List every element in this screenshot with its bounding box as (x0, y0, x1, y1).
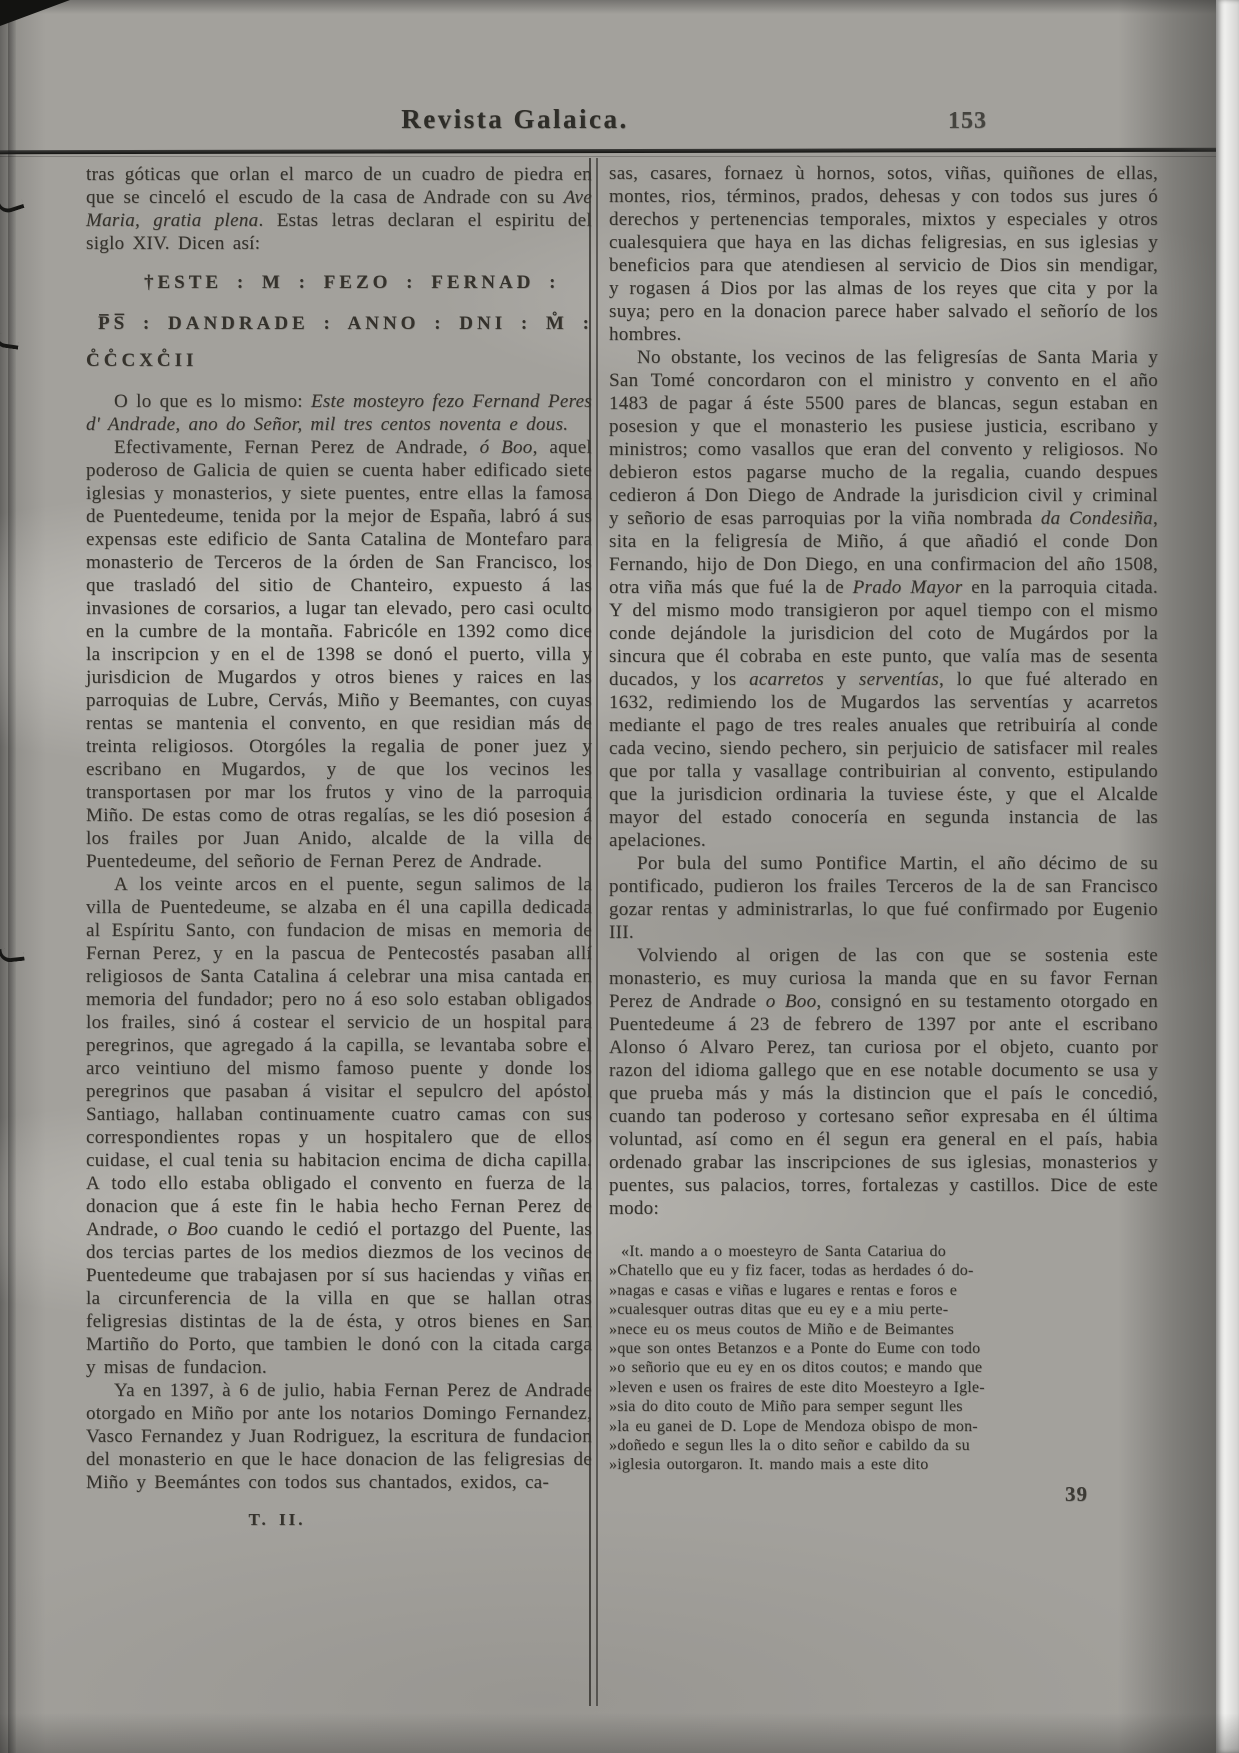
inscription-line: P̅S̅ : DANDRADE : ANNO : DNI : M̊ : (86, 312, 592, 335)
paragraph: Efectivamente, Fernan Perez de Andrade, … (86, 436, 592, 873)
inscription-line: C̊C̊CXC̊II (86, 349, 592, 372)
stone-inscription: †ESTE : M : FEZO : FERNAD : P̅S̅ : DANDR… (86, 271, 592, 372)
paragraph: A los veinte arcos en el puente, segun s… (86, 873, 592, 1379)
paragraph: Volviendo al origen de las con que se so… (609, 944, 1158, 1220)
quote-line: »nagas e casas e viñas e lugares e renta… (609, 1281, 1158, 1300)
paragraph: O lo que es lo mismo: Este mosteyro fezo… (86, 390, 592, 436)
binding-stitch-mark (0, 332, 20, 349)
scan-corner-shadow (0, 0, 70, 26)
quote-line: »o señorio que eu ey en os ditos coutos;… (609, 1358, 1158, 1377)
quote-line: »iglesia outorgaron. It. mando mais a es… (609, 1455, 1158, 1474)
paragraph: Por bula del sumo Pontifice Martin, el a… (609, 852, 1158, 944)
left-column: tras góticas que orlan el marco de un cu… (86, 163, 592, 1531)
right-column: sas, casares, fornaez ù hornos, sotos, v… (609, 162, 1158, 1506)
volume-footer: T. II. (24, 1508, 530, 1531)
header-rule-shadow (0, 156, 1239, 157)
bottom-edge-shadow (0, 1713, 1239, 1753)
paragraph: tras góticas que orlan el marco de un cu… (86, 163, 592, 255)
paragraph: No obstante, los vecinos de las feligres… (609, 346, 1158, 852)
quote-line: »leven e usen os fraires de este dito Mo… (609, 1378, 1158, 1397)
quote-line: «It. mando a o moesteyro de Santa Catari… (609, 1242, 1158, 1261)
scanned-page: Revista Galaica. 153 tras góticas que or… (0, 0, 1239, 1753)
inscription-line: †ESTE : M : FEZO : FERNAD : (86, 271, 592, 294)
quote-line: »que son ontes Betanzos e a Ponte do Eum… (609, 1339, 1158, 1358)
quote-line: »cualesquer outras ditas que eu ey e a m… (609, 1300, 1158, 1319)
quote-line: »doñedo e segun lles la o dito señor e c… (609, 1436, 1158, 1455)
quote-line: »nece eu os meus coutos de Miño e de Bei… (609, 1320, 1158, 1339)
binding-stitch-mark (0, 194, 25, 215)
paragraph: sas, casares, fornaez ù hornos, sotos, v… (609, 162, 1158, 346)
page-title: Revista Galaica. (401, 104, 628, 135)
binding-crease (8, 0, 16, 1753)
quote-line: »Chatello que eu y fiz facer, todas as h… (609, 1261, 1158, 1280)
page-edge-highlight (1216, 0, 1239, 1753)
testament-quote: «It. mando a o moesteyro de Santa Catari… (609, 1242, 1158, 1475)
quote-line: »sia do dito couto de Miño para semper s… (609, 1397, 1158, 1416)
quote-line: »la eu ganei de D. Lope de Mendoza obisp… (609, 1417, 1158, 1436)
page-number: 153 (948, 108, 987, 135)
header-rule (0, 148, 1239, 155)
signature-page-number: 39 (609, 1483, 1158, 1506)
paragraph: Ya en 1397, à 6 de julio, habia Fernan P… (86, 1379, 592, 1494)
binding-stitch-mark (0, 947, 25, 964)
